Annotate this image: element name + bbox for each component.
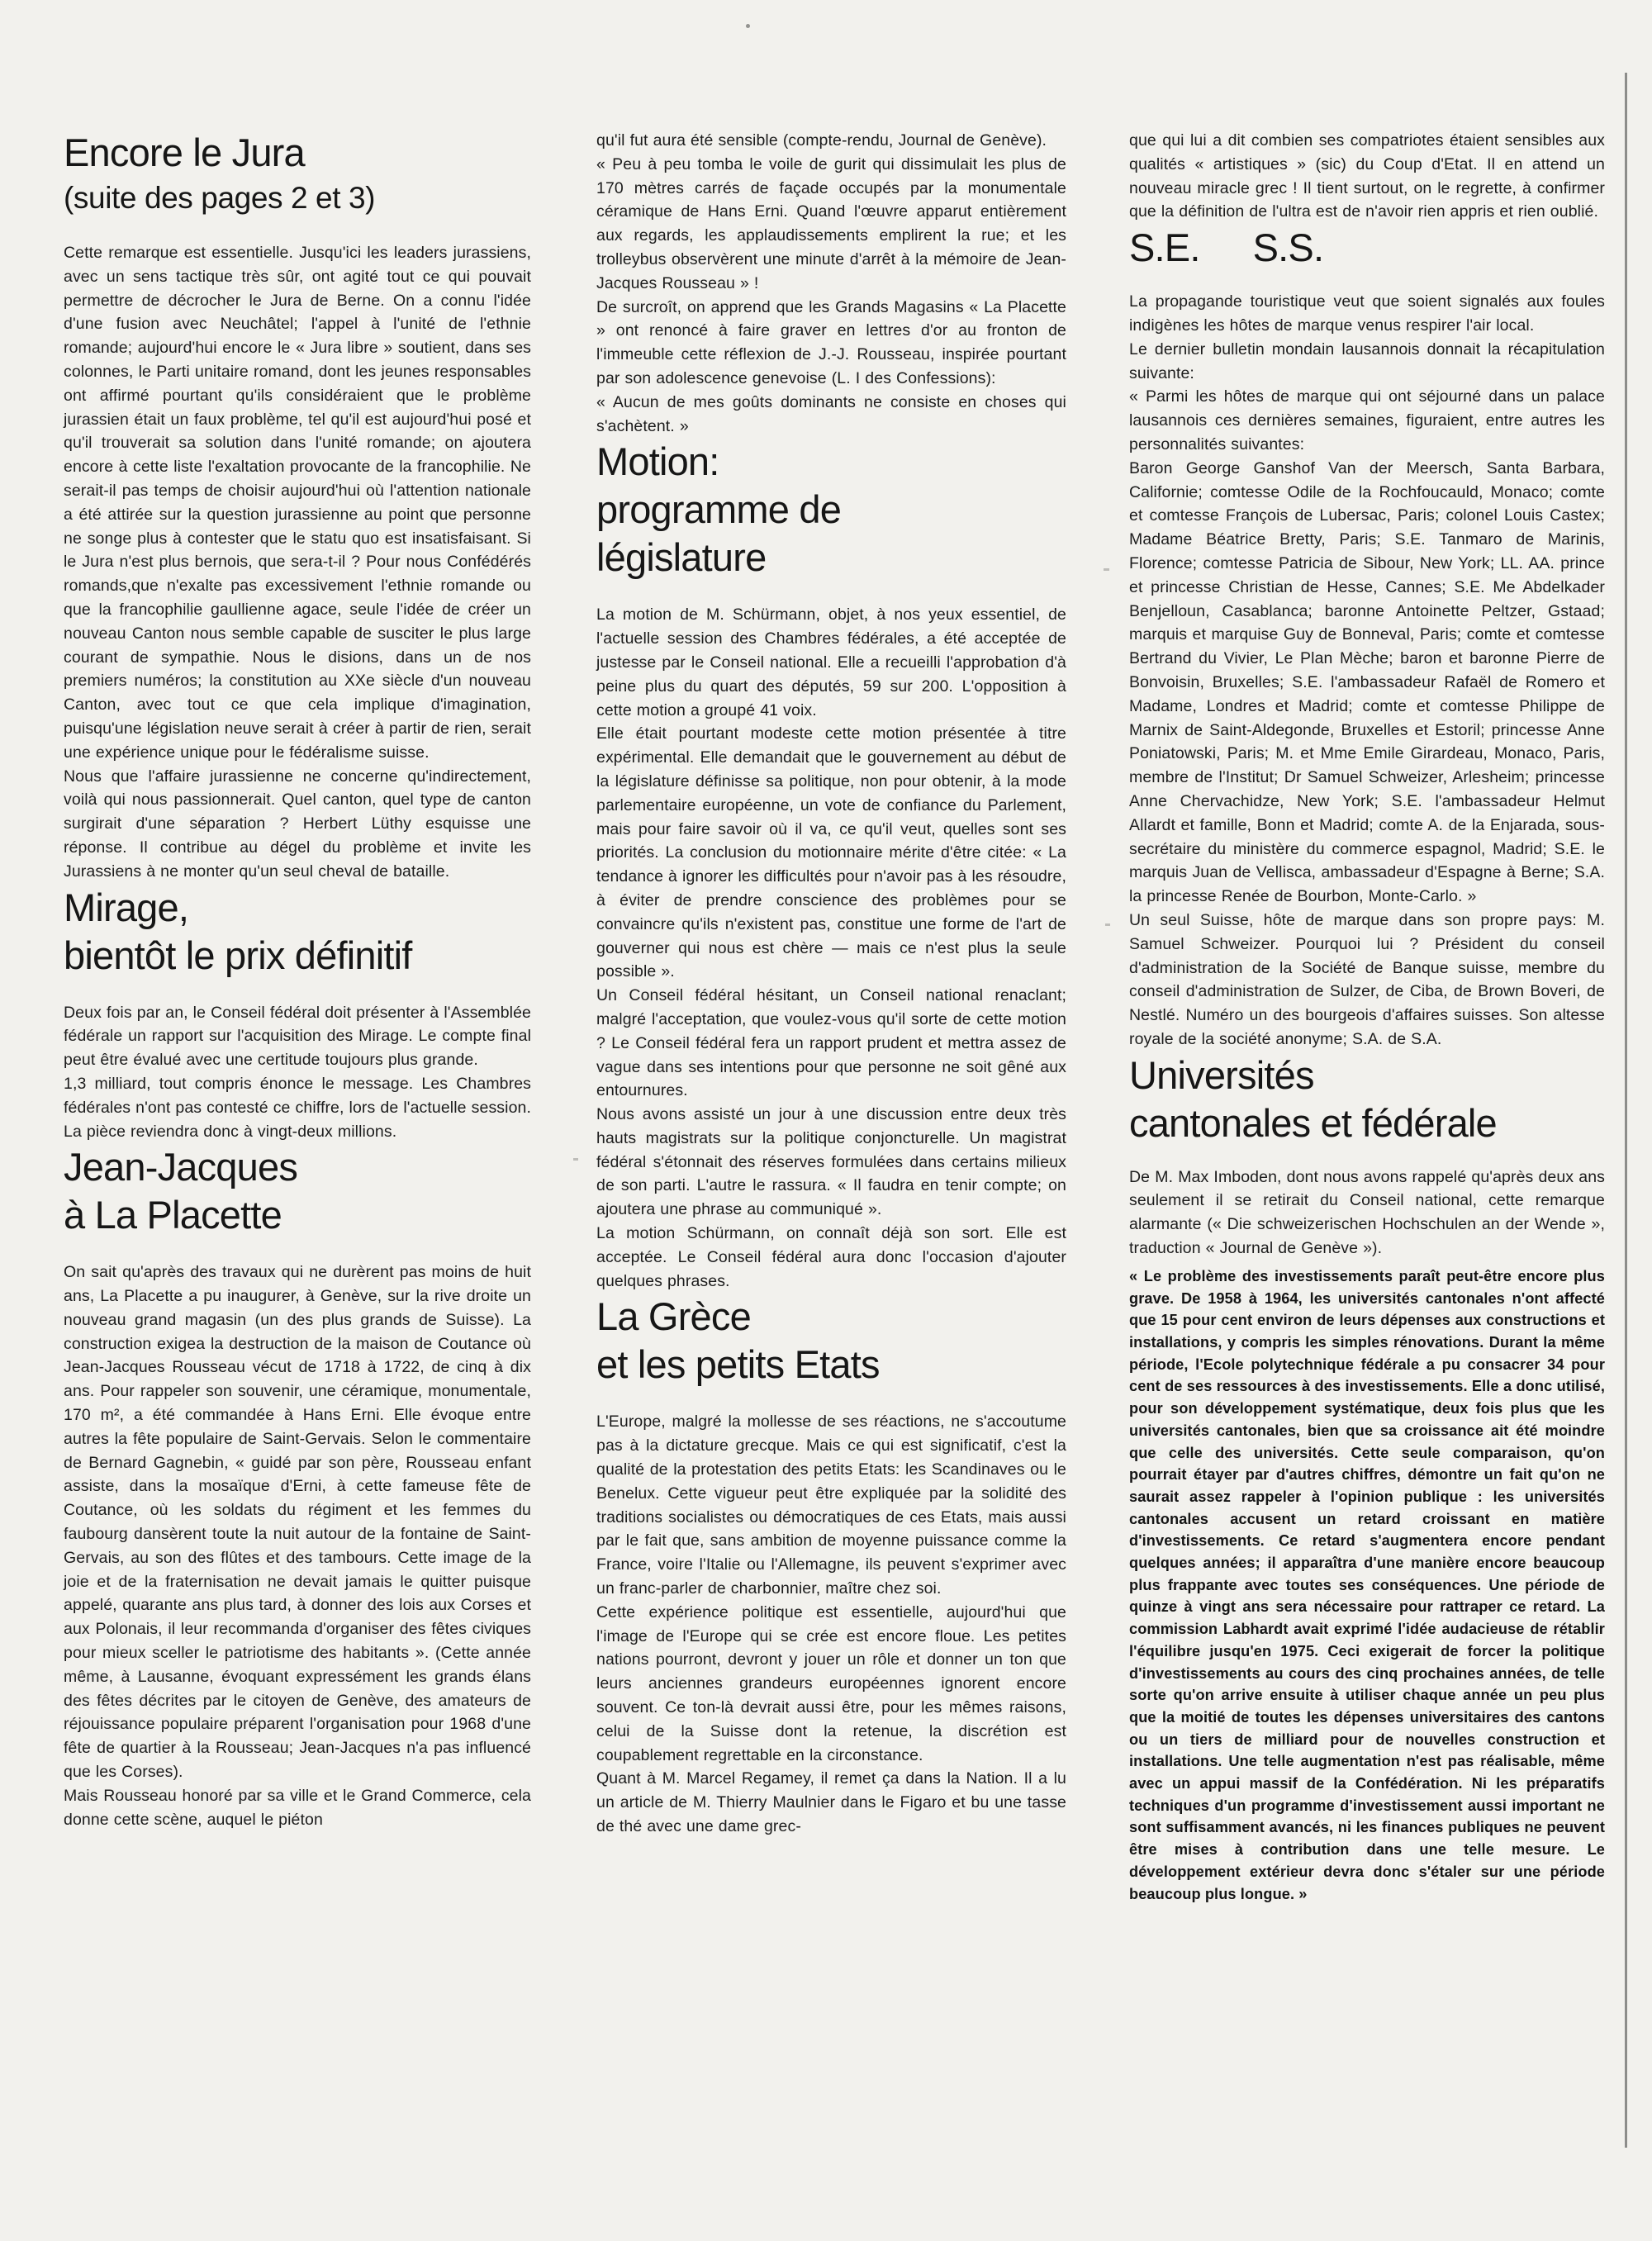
paragraph-continuation: que qui lui a dit combien ses compatriot… [1129,129,1605,224]
article-title-line: législature [596,535,766,579]
article-title: Encore le Jura (suite des pages 2 et 3) [64,129,531,220]
article-mirage: Mirage, bientôt le prix définitif Deux f… [64,884,531,1144]
article-title-line: à La Placette [64,1193,282,1237]
article-universites: Universités cantonales et fédérale De M.… [1129,1052,1605,1906]
paragraph: Mais Rousseau honoré par sa ville et le … [64,1784,531,1832]
ink-speck [746,24,750,28]
article-title-line: Motion: [596,439,719,483]
article-title: Motion: programme de législature [596,438,1066,582]
article-title-line: Mirage, [64,885,188,929]
paragraph: Le dernier bulletin mondain lausannois d… [1129,338,1605,386]
article-title-part: S.S. [1253,226,1324,269]
paragraph-guest-list: Baron George Ganshof Van der Meersch, Sa… [1129,457,1605,909]
scan-artifact [573,1158,578,1161]
article-encore-le-jura: Encore le Jura (suite des pages 2 et 3) … [64,129,531,884]
article-title-line: cantonales et fédérale [1129,1101,1497,1145]
page-edge-scan-line [1625,73,1627,2148]
paragraph: La motion Schürmann, on connaît déjà son… [596,1222,1066,1293]
scan-artifact [1105,923,1110,926]
article-title-line: Encore le Jura [64,131,305,174]
paragraph: Quant à M. Marcel Regamey, il remet ça d… [596,1767,1066,1838]
article-title-part: S.E. [1129,226,1200,269]
paragraph: Deux fois par an, le Conseil fédéral doi… [64,1001,531,1072]
newspaper-page: Encore le Jura (suite des pages 2 et 3) … [0,0,1652,2241]
paragraph: Cette expérience politique est essentiel… [596,1601,1066,1768]
article-title-line: programme de [596,487,841,531]
article-title: S.E.S.S. [1129,224,1605,272]
paragraph: Elle était pourtant modeste cette motion… [596,722,1066,984]
paragraph: La propagande touristique veut que soien… [1129,290,1605,338]
pull-quote-imboden: « Le problème des investissements paraît… [1129,1265,1605,1905]
paragraph: Nous avons assisté un jour à une discuss… [596,1103,1066,1222]
paragraph-continuation: qu'il fut aura été sensible (compte-rend… [596,129,1066,153]
article-grece-petits-etats: La Grèce et les petits Etats L'Europe, m… [596,1293,1066,1838]
paragraph-quote-rousseau: « Aucun de mes goûts dominants ne consis… [596,391,1066,439]
article-title: La Grèce et les petits Etats [596,1293,1066,1389]
paragraph: De surcroît, on apprend que les Grands M… [596,296,1066,391]
article-title-line: bientôt le prix définitif [64,933,412,977]
paragraph: La motion de M. Schürmann, objet, à nos … [596,603,1066,722]
paragraph: L'Europe, malgré la mollesse de ses réac… [596,1410,1066,1600]
paragraph: « Peu à peu tomba le voile de gurit qui … [596,153,1066,296]
column-right: que qui lui a dit combien ses compatriot… [1129,129,1605,1905]
paragraph: Un seul Suisse, hôte de marque dans son … [1129,909,1605,1052]
scan-artifact [1104,568,1109,571]
article-title: Jean-Jacques à La Placette [64,1143,531,1239]
column-middle: qu'il fut aura été sensible (compte-rend… [596,129,1066,1839]
article-title: Universités cantonales et fédérale [1129,1052,1605,1147]
article-se-ss: S.E.S.S. La propagande touristique veut … [1129,224,1605,1052]
paragraph: 1,3 milliard, tout compris énonce le mes… [64,1072,531,1143]
article-title: Mirage, bientôt le prix définitif [64,884,531,980]
paragraph: Un Conseil fédéral hésitant, un Conseil … [596,984,1066,1103]
paragraph: Nous que l'affaire jurassienne ne concer… [64,765,531,884]
paragraph: « Parmi les hôtes de marque qui ont séjo… [1129,385,1605,456]
article-title-line: et les petits Etats [596,1342,880,1386]
paragraph: On sait qu'après des travaux qui ne durè… [64,1261,531,1784]
article-jean-jacques-placette: Jean-Jacques à La Placette On sait qu'ap… [64,1143,531,1831]
article-subtitle: (suite des pages 2 et 3) [64,177,531,220]
article-title-line: La Grèce [596,1294,751,1338]
paragraph: Cette remarque est essentielle. Jusqu'ic… [64,241,531,765]
article-title-line: Jean-Jacques [64,1145,297,1189]
article-motion-programme: Motion: programme de législature La moti… [596,438,1066,1293]
paragraph: De M. Max Imboden, dont nous avons rappe… [1129,1166,1605,1261]
column-left: Encore le Jura (suite des pages 2 et 3) … [64,129,531,1831]
article-title-line: Universités [1129,1053,1314,1097]
